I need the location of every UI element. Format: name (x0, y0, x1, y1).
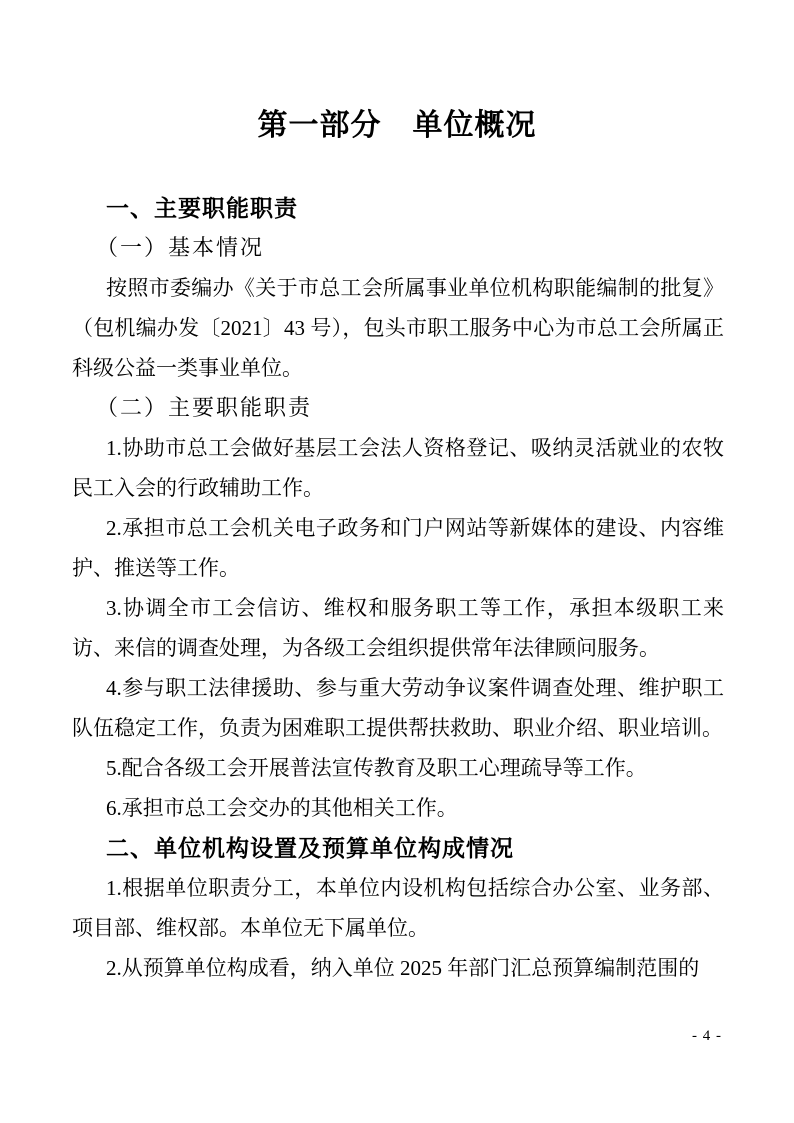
paragraph: 3.协调全市工会信访、维权和服务职工等工作，承担本级职工来访、来信的调查处理，为… (72, 588, 724, 668)
section-heading: 二、单位机构设置及预算单位构成情况 (72, 828, 724, 868)
paragraph: 5.配合各级工会开展普法宣传教育及职工心理疏导等工作。 (72, 748, 724, 788)
paragraph: 2.承担市总工会机关电子政务和门户网站等新媒体的建设、内容维护、推送等工作。 (72, 508, 724, 588)
page-number: - 4 - (692, 1028, 722, 1045)
document-page: 第一部分 单位概况 一、主要职能职责（一）基本情况按照市委编办《关于市总工会所属… (0, 0, 794, 1123)
sub-section-heading: （二）主要职能职责 (72, 388, 724, 428)
paragraph: 1.协助市总工会做好基层工会法人资格登记、吸纳灵活就业的农牧民工入会的行政辅助工… (72, 428, 724, 508)
sub-section-heading: （一）基本情况 (72, 228, 724, 268)
document-title: 第一部分 单位概况 (72, 104, 722, 148)
paragraph: 6.承担市总工会交办的其他相关工作。 (72, 788, 724, 828)
document-body: 一、主要职能职责（一）基本情况按照市委编办《关于市总工会所属事业单位机构职能编制… (72, 188, 724, 988)
section-heading: 一、主要职能职责 (72, 188, 724, 228)
paragraph: 2.从预算单位构成看，纳入单位 2025 年部门汇总预算编制范围的 (72, 948, 724, 988)
paragraph: 4.参与职工法律援助、参与重大劳动争议案件调查处理、维护职工队伍稳定工作，负责为… (72, 668, 724, 748)
paragraph: 按照市委编办《关于市总工会所属事业单位机构职能编制的批复》（包机编办发〔2021… (72, 268, 724, 388)
paragraph: 1.根据单位职责分工，本单位内设机构包括综合办公室、业务部、项目部、维权部。本单… (72, 868, 724, 948)
